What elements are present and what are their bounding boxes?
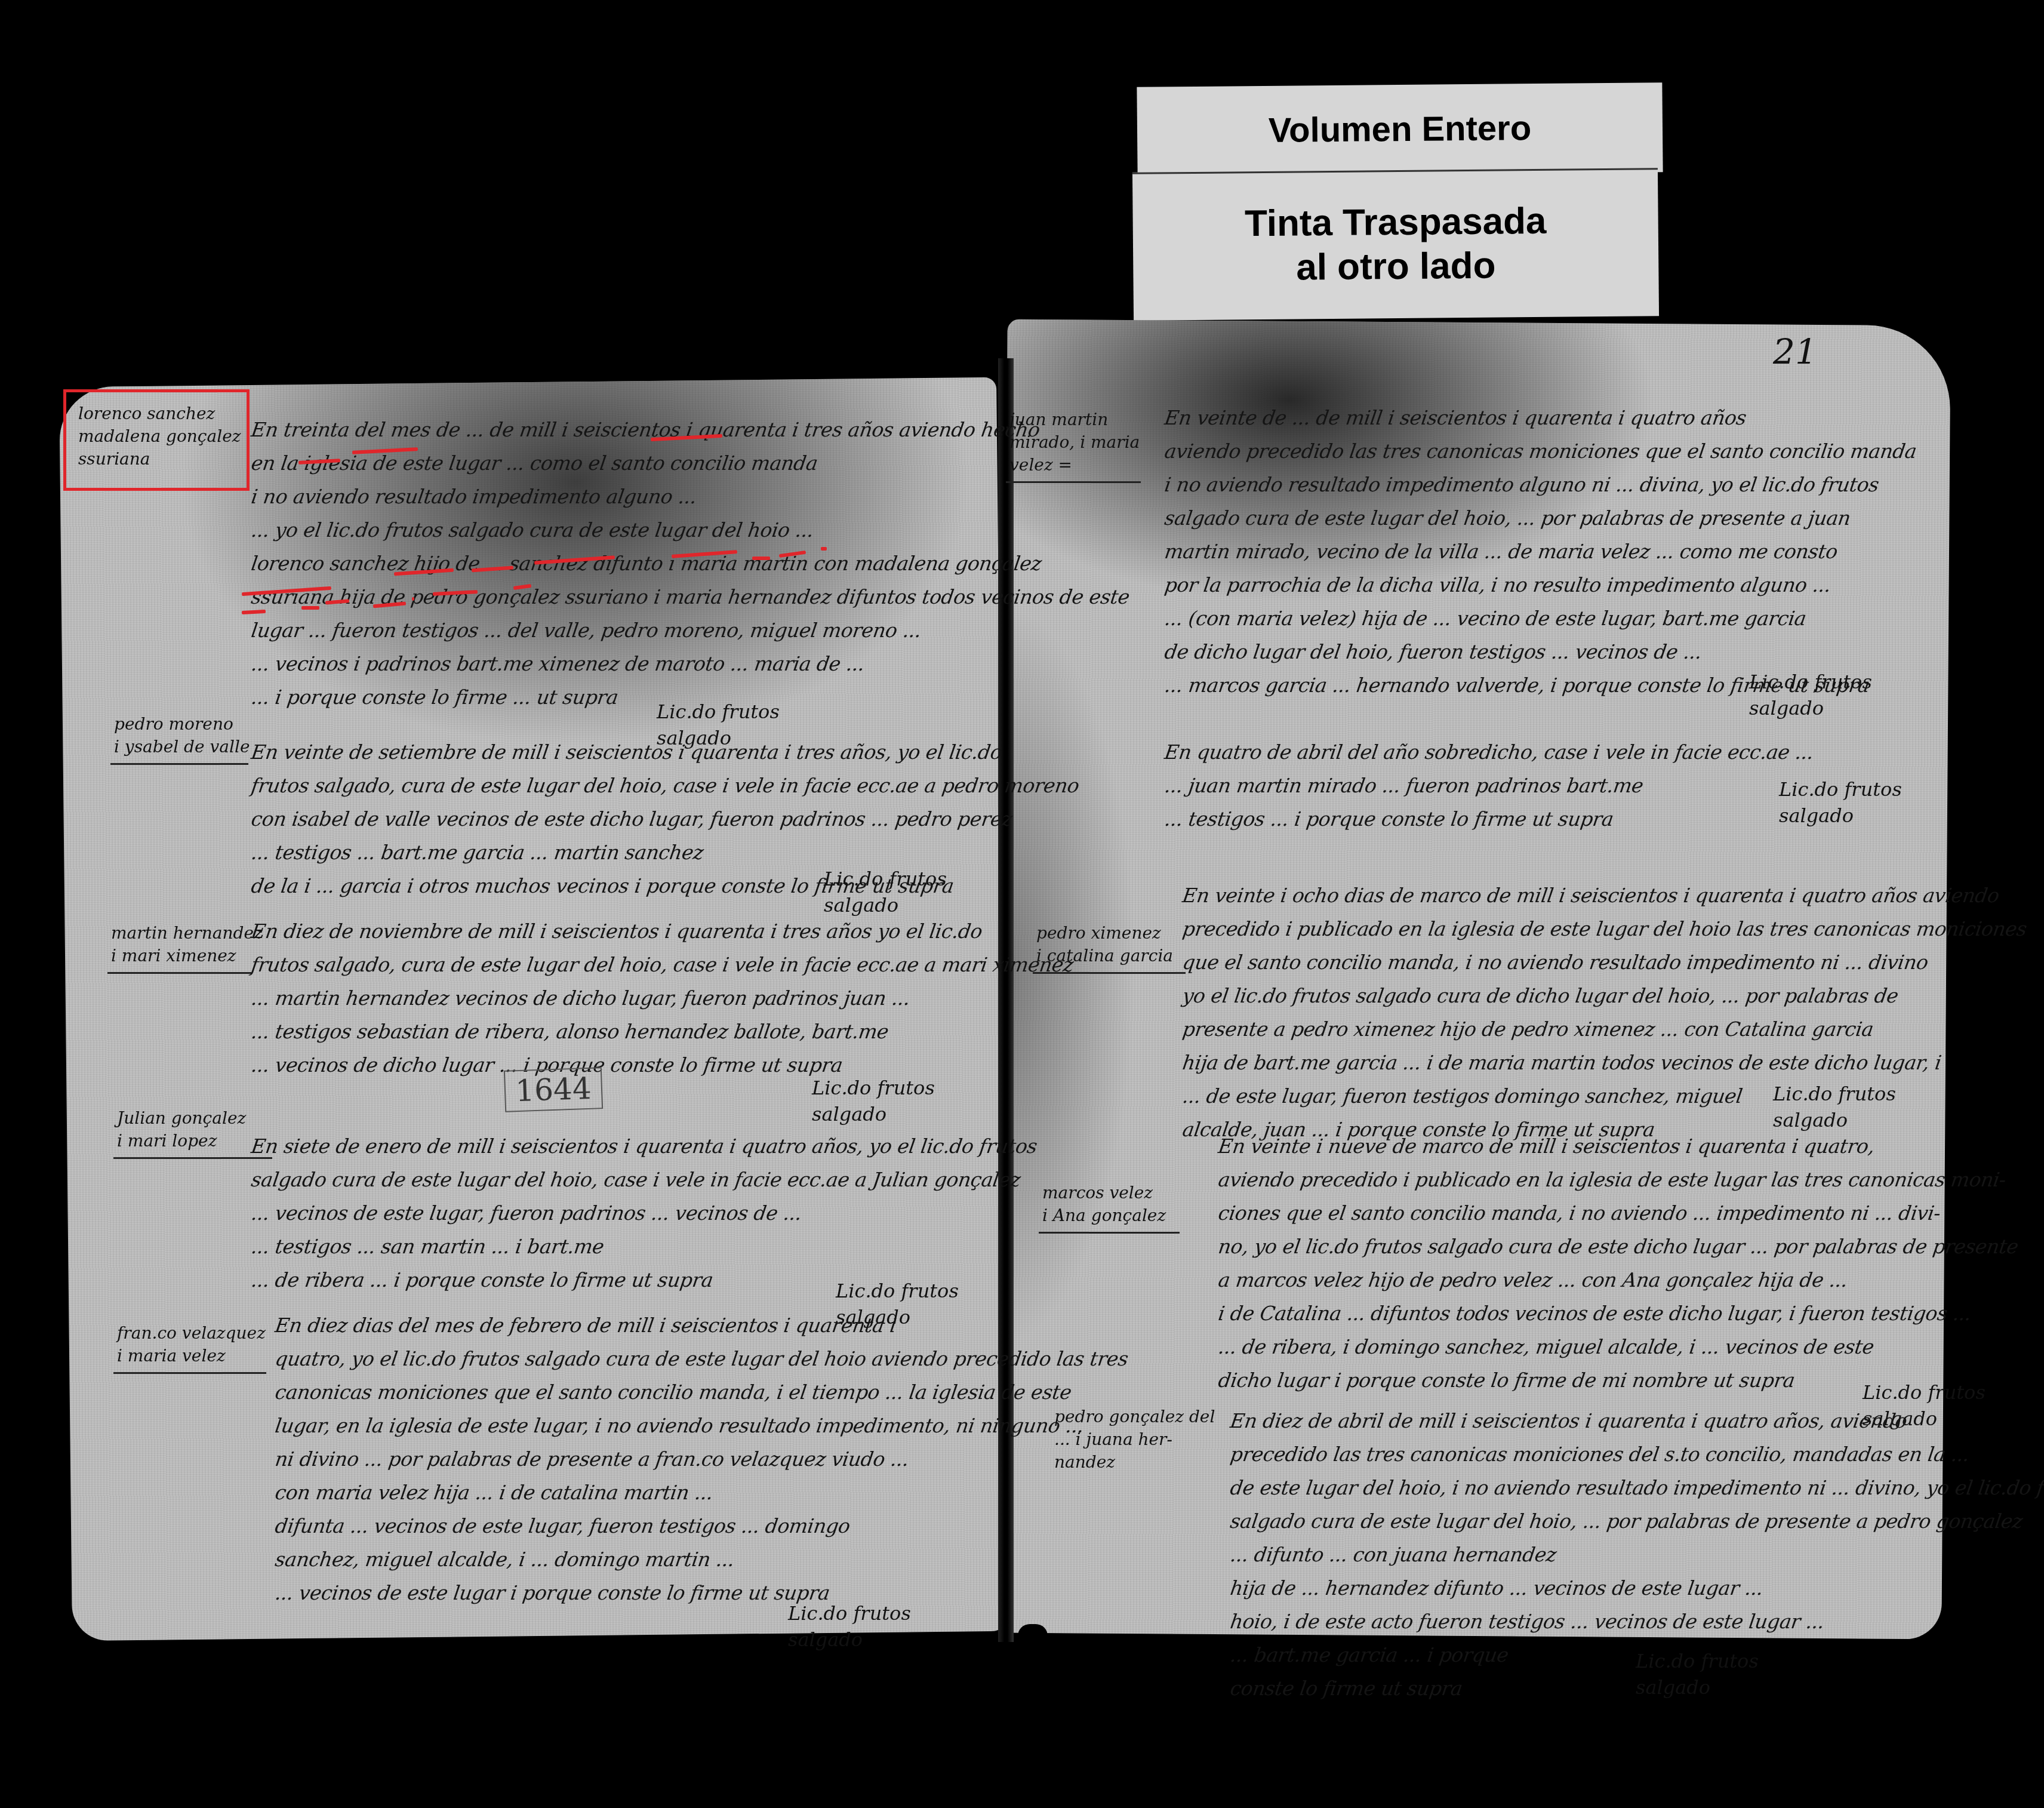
register-entry: En quatro de abril del año sobredicho, c… — [1164, 740, 1812, 841]
margin-note-line: juan martin — [1009, 408, 1135, 431]
signature-line: salgado — [1749, 695, 1872, 721]
margin-note-line: i mari ximenez — [111, 945, 245, 967]
register-entry: En treinta del mes de ... de mill i seis… — [251, 418, 1129, 719]
margin-note: juan martin mirado, i maria velez = — [1006, 406, 1141, 483]
entry-line: En quatro de abril del año sobredicho, c… — [1162, 740, 1815, 774]
entry-line: ... vecinos de este lugar, fueron padrin… — [248, 1201, 1039, 1235]
entry-line: frutos salgado, cura de este lugar del h… — [248, 774, 1081, 807]
signature-line: salgado — [824, 892, 947, 918]
signature-line: Lic.do frutos — [1636, 1648, 1759, 1674]
ink-bleed-label-line2: al otro lado — [1133, 242, 1659, 291]
margin-note-line: i maria velez — [117, 1345, 260, 1367]
binding-thread — [1018, 1624, 1048, 1726]
signature-line: Lic.do frutos — [788, 1600, 911, 1626]
priest-signature: Lic.do frutos salgado — [1749, 669, 1872, 721]
entry-line: ciones que el santo concilio manda, i no… — [1215, 1201, 2020, 1235]
margin-note-line: pedro ximenez — [1036, 922, 1180, 945]
margin-note-line: i Ana gonçalez — [1042, 1204, 1174, 1227]
entry-line: hoio, i de este acto fueron testigos ...… — [1227, 1610, 2044, 1643]
entry-line: difunta ... vecinos de este lugar, fuero… — [272, 1514, 1129, 1548]
signature-line: salgado — [1773, 1107, 1896, 1133]
register-entry: En veinte de ... de mill i seiscientos i… — [1164, 406, 1916, 707]
entry-line: ... testigos ... san martin ... i bart.m… — [248, 1235, 1039, 1268]
priest-signature: Lic.do frutos salgado — [788, 1600, 911, 1653]
entry-line: En veinte i ocho dias de marco de mill i… — [1180, 884, 2028, 917]
entry-line: En diez de abril de mill i seiscientos i… — [1227, 1409, 2044, 1443]
year-stamp: 1644 — [504, 1067, 603, 1112]
margin-note-line: mirado, i maria — [1009, 431, 1135, 454]
scan-background: Volumen Entero Tinta Traspasada al otro … — [0, 0, 2044, 1808]
entry-line: quatro, yo el lic.do frutos salgado cura… — [272, 1347, 1129, 1380]
margin-note-line: nandez — [1054, 1451, 1192, 1474]
signature-line: salgado — [812, 1101, 935, 1127]
entry-line: canonicas moniciones que el santo concil… — [272, 1380, 1129, 1414]
margin-note-line: pedro moreno — [114, 713, 242, 736]
entry-line: a marcos velez hijo de pedro velez ... c… — [1215, 1268, 2020, 1302]
entry-line: sanchez, miguel alcalde, i ... domingo m… — [272, 1548, 1129, 1581]
entry-line: con maria velez hija ... i de catalina m… — [272, 1481, 1129, 1514]
signature-line: salgado — [1636, 1674, 1759, 1701]
entry-line: hija de ... hernandez difunto ... vecino… — [1227, 1576, 2044, 1610]
margin-note: pedro gonçalez del ... i juana her- nand… — [1051, 1403, 1198, 1478]
entry-line: presente a pedro ximenez hijo de pedro x… — [1180, 1017, 2028, 1051]
register-entry: En veinte i ocho dias de marco de mill i… — [1182, 884, 2026, 1151]
entry-line: ssuriana hija de pedro gonçalez ssuriano… — [248, 585, 1131, 619]
entry-line: i no aviendo resultado impedimento algun… — [248, 485, 1131, 518]
margin-note-line: fran.co velazquez — [117, 1322, 260, 1345]
priest-signature: Lic.do frutos salgado — [1779, 776, 1902, 829]
priest-signature: Lic.do frutos salgado — [1636, 1648, 1759, 1701]
entry-line: En veinte i nueve de marco de mill i sei… — [1215, 1134, 2020, 1168]
register-entry: En siete de enero de mill i seiscientos … — [251, 1134, 1036, 1302]
entry-line: En treinta del mes de ... de mill i seis… — [248, 418, 1131, 451]
ink-bleed-label: Tinta Traspasada al otro lado — [1132, 168, 1659, 321]
register-entry: En veinte de setiembre de mill i seiscie… — [251, 740, 1078, 908]
entry-line: ni divino ... por palabras de presente a… — [272, 1447, 1129, 1481]
entry-line: ... vecinos i padrinos bart.me ximenez d… — [248, 652, 1131, 685]
entry-line: salgado cura de este lugar del hoio, cas… — [248, 1168, 1039, 1201]
entry-line: ... de este lugar, fueron testigos domin… — [1180, 1084, 2028, 1118]
entry-line: ... de ribera, i domingo sanchez, miguel… — [1215, 1335, 2020, 1369]
margin-note: martin hernandez i mari ximenez — [107, 920, 251, 974]
margin-note-line: i mari lopez — [117, 1130, 266, 1152]
signature-line: Lic.do frutos — [812, 1075, 935, 1101]
margin-note-line: martin hernandez — [111, 922, 245, 945]
priest-signature: Lic.do frutos salgado — [824, 866, 947, 918]
margin-note-line: velez = — [1009, 454, 1135, 476]
margin-note-line: i ysabel de valle — [114, 736, 242, 758]
name-underline — [301, 606, 319, 610]
entry-line: ... (con maria velez) hija de ... vecino… — [1162, 607, 1918, 640]
name-underline — [821, 547, 827, 551]
entry-line: hija de bart.me garcia ... i de maria ma… — [1180, 1051, 2028, 1084]
priest-signature: Lic.do frutos salgado — [812, 1075, 935, 1127]
entry-line: En veinte de setiembre de mill i seiscie… — [248, 740, 1081, 774]
signature-line: Lic.do frutos — [1863, 1379, 1985, 1406]
entry-line: por la parrochia de la dicha villa, i no… — [1162, 573, 1918, 607]
signature-line: salgado — [1779, 802, 1902, 829]
signature-line: Lic.do frutos — [1749, 669, 1872, 695]
entry-line: ... yo el lic.do frutos salgado cura de … — [248, 518, 1131, 552]
entry-line: En diez de noviembre de mill i seiscient… — [248, 920, 1075, 953]
entry-line: ... testigos sebastian de ribera, alonso… — [248, 1020, 1075, 1053]
entry-line: lugar, en la iglesia de este lugar, i no… — [272, 1414, 1129, 1447]
margin-note: pedro moreno i ysabel de valle — [110, 711, 248, 765]
entry-line: precedido las tres canonicas moniciones … — [1227, 1443, 2044, 1476]
volume-label-text: Volumen Entero — [1269, 109, 1532, 150]
entry-line: en la iglesia de este lugar ... como el … — [248, 451, 1131, 485]
margin-note: Julian gonçalez i mari lopez — [113, 1105, 272, 1159]
signature-line: Lic.do frutos — [836, 1278, 959, 1304]
margin-note-line: marcos velez — [1042, 1182, 1174, 1204]
ink-bleed-label-line1: Tinta Traspasada — [1132, 198, 1658, 247]
entry-line: En diez dias del mes de febrero de mill … — [272, 1314, 1129, 1347]
signature-line: Lic.do frutos — [657, 699, 780, 725]
entry-line: aviendo precedido i publicado en la igle… — [1215, 1168, 2020, 1201]
entry-line: de este lugar del hoio, i no aviendo res… — [1227, 1476, 2044, 1509]
entry-line: ... testigos ... bart.me garcia ... mart… — [248, 841, 1081, 874]
signature-line: Lic.do frutos — [1773, 1081, 1896, 1107]
margin-note: pedro ximenez i catalina garcia — [1033, 920, 1186, 974]
folio-number: 21 — [1773, 331, 1817, 372]
entry-line: frutos salgado, cura de este lugar del h… — [248, 953, 1075, 986]
entry-line: con isabel de valle vecinos de este dich… — [248, 807, 1081, 841]
margin-note-line: i catalina garcia — [1036, 945, 1180, 967]
margin-note-line: ... i juana her- — [1054, 1428, 1192, 1451]
margin-note-line: Julian gonçalez — [117, 1107, 266, 1130]
entry-line: ... juan martin mirado ... fueron padrin… — [1162, 774, 1815, 807]
entry-line: i no aviendo resultado impedimento algun… — [1162, 473, 1918, 506]
entry-line: ... testigos ... i porque conste lo firm… — [1162, 807, 1815, 841]
signature-line: Lic.do frutos — [824, 866, 947, 892]
margin-note: marcos velez i Ana gonçalez — [1039, 1179, 1180, 1234]
highlighted-margin-note-box — [63, 389, 250, 491]
name-underline — [412, 597, 414, 601]
entry-line: ... vecinos de este lugar i porque const… — [272, 1581, 1129, 1615]
register-entry: En diez dias del mes de febrero de mill … — [275, 1314, 1127, 1615]
margin-note-line: pedro gonçalez del — [1054, 1406, 1192, 1428]
name-underline — [752, 556, 770, 560]
entry-line: martin mirado, vecino de la villa ... de… — [1162, 540, 1918, 573]
signature-line: Lic.do frutos — [1779, 776, 1902, 802]
entry-line: ... martin hernandez vecinos de dicho lu… — [248, 986, 1075, 1020]
register-entry: En diez de noviembre de mill i seiscient… — [251, 920, 1073, 1087]
entry-line: En siete de enero de mill i seiscientos … — [248, 1134, 1039, 1168]
entry-line: salgado cura de este lugar del hoio, ...… — [1162, 506, 1918, 540]
entry-line: ... difunto ... con juana hernandez — [1227, 1543, 2044, 1576]
entry-line: lugar ... fueron testigos ... del valle,… — [248, 619, 1131, 652]
entry-line: precedido i publicado en la iglesia de e… — [1180, 917, 2028, 951]
entry-line: yo el lic.do frutos salgado cura de dich… — [1180, 984, 2028, 1017]
entry-line: ... vecinos de dicho lugar ... i porque … — [248, 1053, 1075, 1087]
signature-line: salgado — [788, 1626, 911, 1653]
register-entry: En veinte i nueve de marco de mill i sei… — [1218, 1134, 2018, 1402]
volume-label: Volumen Entero — [1137, 82, 1663, 177]
entry-line: no, yo el lic.do frutos salgado cura de … — [1215, 1235, 2020, 1268]
entry-line: En veinte de ... de mill i seiscientos i… — [1162, 406, 1918, 439]
margin-note: fran.co velazquez i maria velez — [113, 1320, 266, 1374]
entry-line: aviendo precedido las tres canonicas mon… — [1162, 439, 1918, 473]
entry-line: de la i ... garcia i otros muchos vecino… — [248, 874, 1081, 908]
entry-line: i de Catalina ... difuntos todos vecinos… — [1215, 1302, 2020, 1335]
entry-line: salgado cura de este lugar del hoio, ...… — [1227, 1509, 2044, 1543]
priest-signature: Lic.do frutos salgado — [1773, 1081, 1896, 1133]
entry-line: que el santo concilio manda, i no aviend… — [1180, 951, 2028, 984]
